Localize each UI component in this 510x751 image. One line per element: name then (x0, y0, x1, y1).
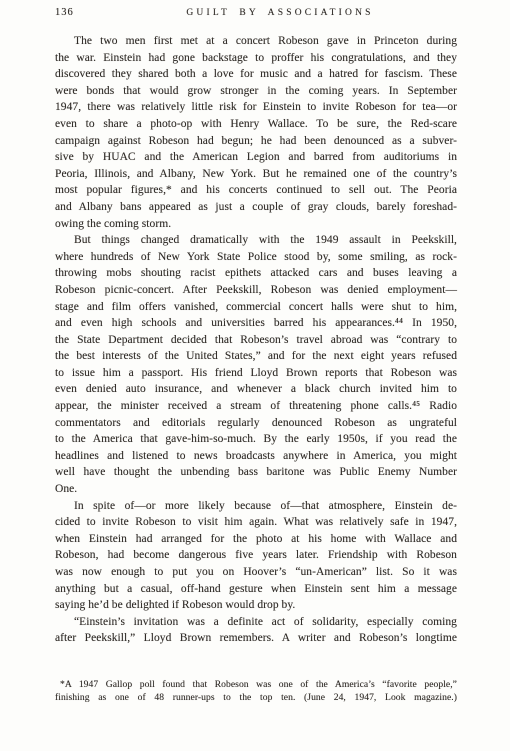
book-page: 136 GUILT BY ASSOCIATIONS The two men fi… (0, 0, 510, 751)
text-line: discovered they shared both a love for m… (55, 66, 457, 83)
text-line: anything but a casual, off-hand gesture … (55, 581, 457, 598)
text-line: In spite of—or more likely because of—th… (55, 498, 457, 515)
text-line: saying he’d be delighted if Robeson woul… (55, 597, 457, 614)
running-head: GUILT BY ASSOCIATIONS (186, 8, 373, 18)
text-line: commentators and editorials regularly de… (55, 415, 457, 432)
text-line: One. (55, 481, 457, 498)
text-line: cided to invite Robeson to visit him aga… (55, 514, 457, 531)
text-line: the best interests of the United States,… (55, 348, 457, 365)
text-line: appear, the minister received a stream o… (55, 398, 457, 415)
text-line: Robeson picnic-concert. After Peekskill,… (55, 282, 457, 299)
text-line: Peoria, Illinois, and Albany, New York. … (55, 166, 457, 183)
text-line: headlines and listened to news broadcast… (55, 448, 457, 465)
text-line: and even high schools and universities b… (55, 315, 457, 332)
text-line: throwing mobs shouting racist epithets a… (55, 265, 457, 282)
text-line: even to share a photo-op with Henry Wall… (55, 116, 457, 133)
page-number: 136 (55, 7, 74, 18)
text-line: 1947, there was relatively little risk f… (55, 99, 457, 116)
text-line: and Albany bans appeared as just a coupl… (55, 199, 457, 216)
text-line: most popular figures,* and his concerts … (55, 182, 457, 199)
text-line: was now enough to put you on Hoover’s “u… (55, 564, 457, 581)
text-line: even denied auto insurance, and whenever… (55, 381, 457, 398)
text-line: to issue him a passport. His friend Lloy… (55, 365, 457, 382)
text-line: the war. Einstein had gone backstage to … (55, 50, 457, 67)
text-line: owing the coming storm. (55, 216, 457, 233)
text-line: when Einstein had arranged for the photo… (55, 531, 457, 548)
text-line: campaign against Robeson had begun; he h… (55, 133, 457, 150)
body-text: The two men first met at a concert Robes… (55, 33, 457, 647)
text-line: Robeson, had become dangerous five years… (55, 547, 457, 564)
text-line: to the America that gave-him-so-much. By… (55, 431, 457, 448)
page-header: 136 GUILT BY ASSOCIATIONS (0, 7, 510, 21)
text-line: finishing as one of 48 runner-ups to the… (55, 691, 457, 704)
text-line: well have thought the unbending bass bar… (55, 464, 457, 481)
text-line: But things changed dramatically with the… (55, 232, 457, 249)
footnote: *A 1947 Gallop poll found that Robeson w… (55, 678, 457, 705)
text-line: stage and film offers vanished, commerci… (55, 299, 457, 316)
text-line: were bonds that would grow stronger in t… (55, 83, 457, 100)
text-line: after Peekskill,” Lloyd Brown remembers.… (55, 630, 457, 647)
text-line: The two men first met at a concert Robes… (55, 33, 457, 50)
text-line: the State Department decided that Robeso… (55, 332, 457, 349)
text-line: where hundreds of New York State Police … (55, 249, 457, 266)
text-line: *A 1947 Gallop poll found that Robeson w… (55, 678, 457, 691)
text-line: sive by HUAC and the American Legion and… (55, 149, 457, 166)
text-line: “Einstein’s invitation was a definite ac… (55, 614, 457, 631)
